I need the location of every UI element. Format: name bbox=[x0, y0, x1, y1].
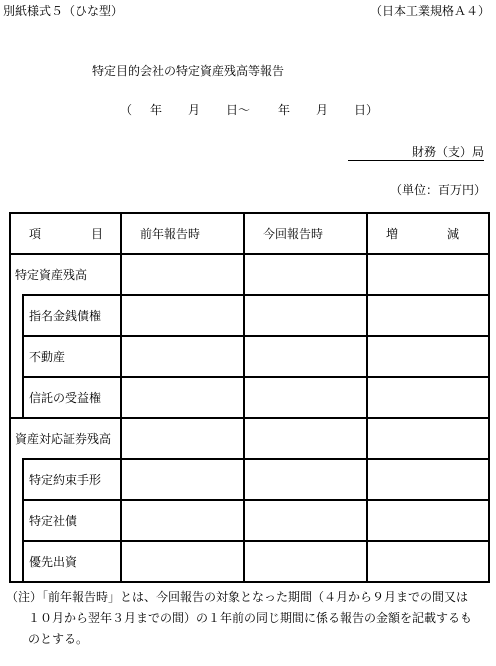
row-divider bbox=[22, 294, 490, 296]
bureau-field: 財務（支）局 bbox=[348, 145, 484, 161]
row-divider bbox=[22, 335, 490, 337]
table-border-left bbox=[9, 212, 11, 583]
col-header-change-b: 減 bbox=[447, 227, 459, 241]
col-header-change-a: 増 bbox=[386, 227, 398, 241]
col-divider bbox=[366, 212, 368, 583]
table-border-right bbox=[488, 212, 490, 583]
row-label-asset-backed-securities: 資産対応証券残高 bbox=[15, 432, 111, 446]
reporting-period: （年月日〜年月日） bbox=[120, 103, 378, 117]
footnote-line-1: （注）「前年報告時」とは、今回報告の対象となった期間（４月から９月までの間又は bbox=[6, 587, 492, 608]
col-header-current: 今回報告時 bbox=[263, 227, 323, 241]
sub-indent-line bbox=[22, 458, 24, 581]
row-divider bbox=[22, 458, 490, 460]
row-label-specified-bonds: 特定社債 bbox=[29, 514, 77, 528]
balance-report-table: 項 目 前年報告時 今回報告時 増 減 特定資産残高 指名金銭債権 不動産 信託… bbox=[9, 212, 490, 582]
col-divider bbox=[120, 212, 122, 583]
col-header-previous: 前年報告時 bbox=[140, 227, 200, 241]
period-day-to: 日） bbox=[354, 103, 378, 117]
row-label-promissory-notes: 特定約束手形 bbox=[29, 473, 101, 487]
period-month-from: 月 bbox=[188, 103, 226, 117]
col-header-item-a: 項 bbox=[29, 227, 41, 241]
row-label-real-estate: 不動産 bbox=[29, 350, 65, 364]
paper-size-label: （日本工業規格Ａ４） bbox=[370, 4, 490, 18]
header-divider bbox=[9, 253, 490, 255]
col-divider bbox=[243, 212, 245, 583]
table-border-top bbox=[9, 212, 490, 214]
row-label-monetary-claims: 指名金銭債権 bbox=[29, 309, 101, 323]
sub-indent-line bbox=[22, 294, 24, 417]
row-divider bbox=[22, 540, 490, 542]
period-open: （ bbox=[120, 103, 150, 117]
document-title: 特定目的会社の特定資産残高等報告 bbox=[92, 64, 284, 78]
row-label-trust-beneficiary: 信託の受益権 bbox=[29, 391, 101, 405]
footnote-line-2: １０月から翌年３月までの間）の１年前の同じ期間に係る報告の金額を記載するも bbox=[6, 608, 492, 629]
row-divider bbox=[9, 417, 490, 419]
row-divider bbox=[22, 376, 490, 378]
footnote: （注）「前年報告時」とは、今回報告の対象となった期間（４月から９月までの間又は … bbox=[6, 587, 492, 650]
period-month-to: 月 bbox=[316, 103, 354, 117]
footnote-line-3: のとする。 bbox=[6, 629, 492, 650]
row-label-specified-assets: 特定資産残高 bbox=[15, 268, 87, 282]
col-header-item-b: 目 bbox=[91, 227, 103, 241]
table-border-bottom bbox=[9, 581, 490, 583]
period-day-from: 日〜 bbox=[226, 103, 278, 117]
unit-label: （単位：百万円） bbox=[390, 183, 486, 197]
form-id-label: 別紙様式５（ひな型） bbox=[3, 4, 123, 18]
period-year-to: 年 bbox=[278, 103, 316, 117]
period-year-from: 年 bbox=[150, 103, 188, 117]
row-divider bbox=[22, 499, 490, 501]
row-label-preferred-equity: 優先出資 bbox=[29, 555, 77, 569]
